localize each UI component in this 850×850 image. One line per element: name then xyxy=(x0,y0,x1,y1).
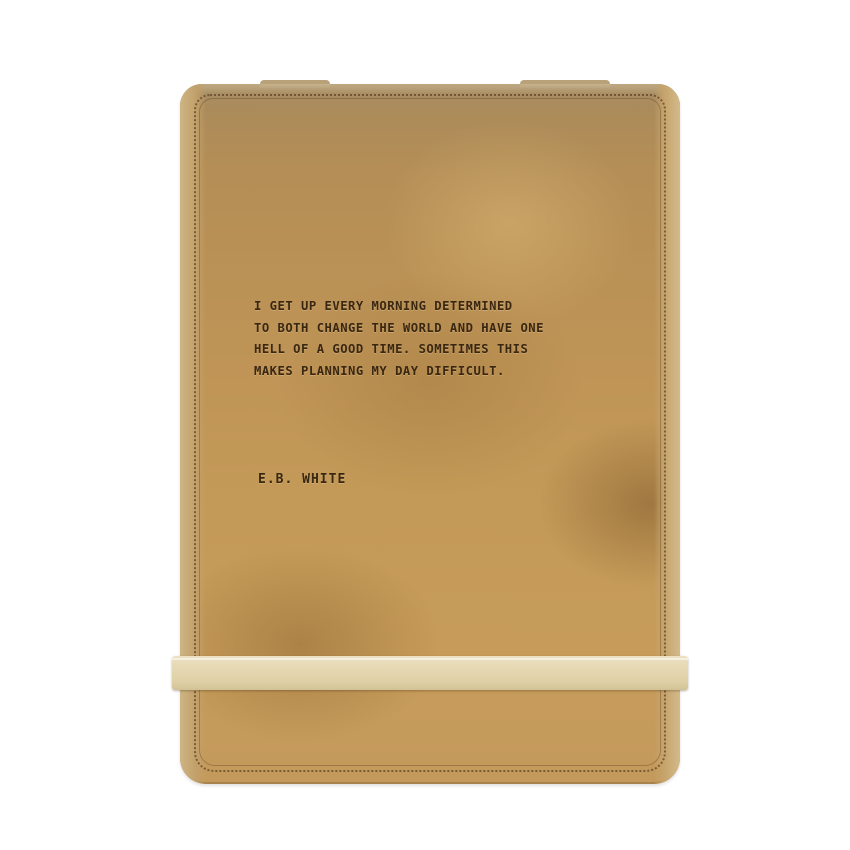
quote-line: I get up every morning determined xyxy=(254,296,654,318)
quote-line: makes planning my day difficult. xyxy=(254,361,654,383)
quote-line: hell of a good time. Sometimes this xyxy=(254,339,654,361)
embossed-quote: I get up every morning determined to bot… xyxy=(254,296,654,382)
quote-line: to both change the world and have one xyxy=(254,318,654,340)
leather-journal: I get up every morning determined to bot… xyxy=(180,84,680,784)
elastic-band xyxy=(172,656,688,690)
quote-author: E.B. White xyxy=(258,472,346,487)
